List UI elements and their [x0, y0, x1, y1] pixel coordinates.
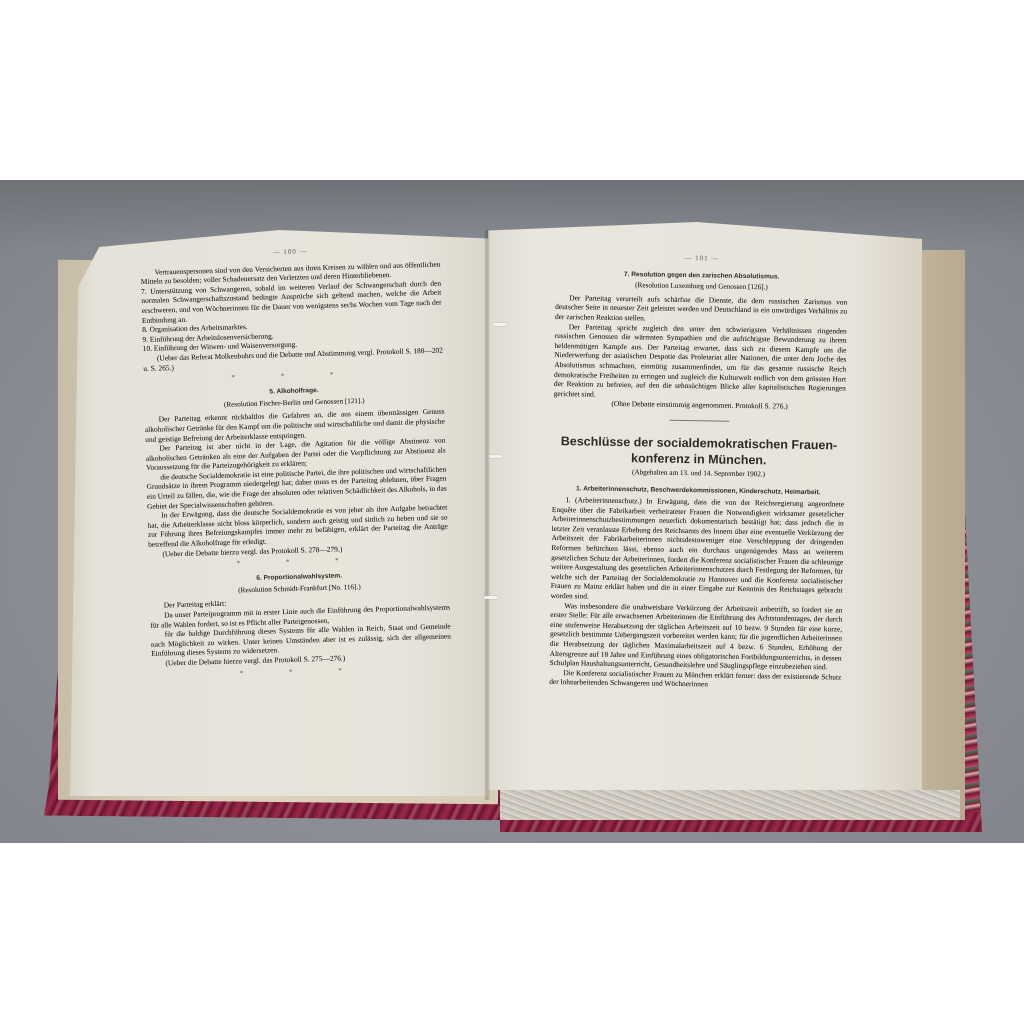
paragraph: Der Parteitag spricht zugleich den unter… [554, 322, 847, 403]
paragraph: Was insbesondere die unabweisbare Verkür… [549, 601, 842, 673]
resolution-line: (Resolution Luxemburg und Genossen [126]… [555, 280, 847, 294]
left-page-text: — 100 — Vertrauenspersonen sind von den … [140, 244, 452, 680]
binding-stitch [484, 596, 498, 599]
chapter-title: Beschlüsse der socialdemokratischen Frau… [553, 433, 845, 470]
book-gutter [484, 230, 490, 800]
paragraph: I. (Arbeiterinnenschutz.) In Erwägung, d… [551, 495, 845, 605]
horizontal-rule [669, 420, 729, 422]
binding-stitch [489, 455, 503, 458]
chapter-subtitle: (Abgehalten am 13. und 14. September 190… [552, 467, 844, 481]
paragraph: Der Parteitag verurteilt aufs schärfste … [555, 293, 847, 326]
binding-stitch [493, 323, 507, 326]
page-block-bottom-edge [500, 790, 960, 820]
right-page-text: — 101 — 7. Resolution gegen den zarische… [549, 252, 848, 692]
